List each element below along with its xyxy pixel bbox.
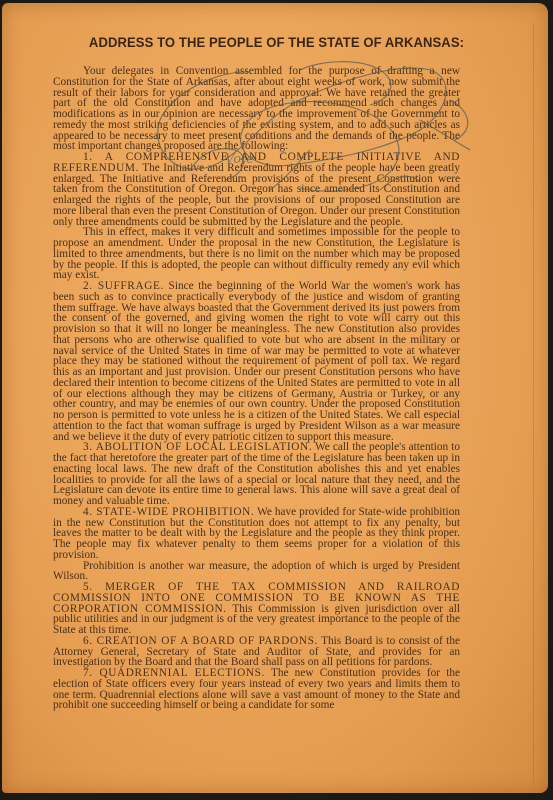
section-1-continued: This in effect, makes it very difficult … [53, 227, 460, 281]
intro-paragraph: Your delegates in Convention assembled f… [53, 66, 460, 152]
section-1: 1. A COMPREHENSIVE AND COMPLETE INITIATI… [53, 152, 460, 227]
document-title: ADDRESS TO THE PEOPLE OF THE STATE OF AR… [22, 35, 531, 51]
document-body: Your delegates in Convention assembled f… [53, 66, 460, 711]
section-text: The Initiative and Referendum rights of … [53, 162, 460, 228]
section-4: 4. STATE-WIDE PROHIBITION. We have provi… [53, 507, 460, 561]
section-5: 5. MERGER OF THE TAX COMMISSION AND RAIL… [53, 582, 460, 636]
section-6: 6. CREATION OF A BOARD OF PARDONS. This … [53, 636, 460, 668]
section-text: Since the beginning of the World War the… [53, 280, 460, 443]
section-text: We call the people's attention to the fa… [53, 441, 460, 507]
paper-fold-line [533, 23, 534, 783]
section-7: 7. QUADRENNIAL ELECTIONS. The new Consti… [53, 668, 460, 711]
section-4-continued: Prohibition is another war measure, the … [53, 561, 460, 583]
section-2: 2. SUFFRAGE. Since the beginning of the … [53, 281, 460, 442]
section-3: 3. ABOLITION OF LOCAL LEGISLATION. We ca… [53, 442, 460, 507]
